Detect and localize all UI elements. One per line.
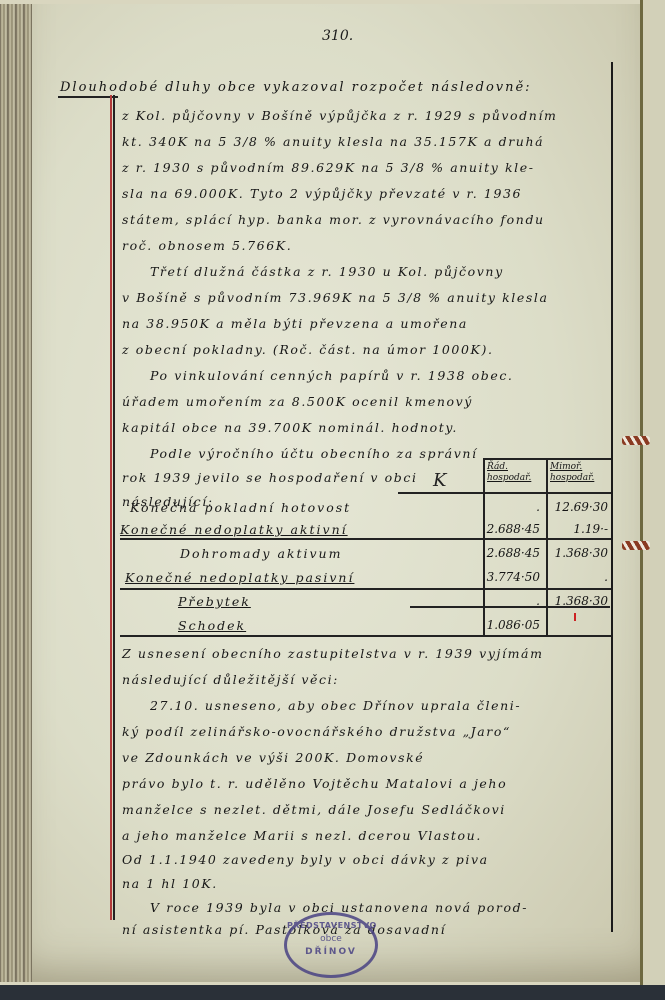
text-line: právo bylo t. r. udělěno Vojtěchu Matalo… [122, 776, 507, 791]
text-line: následující důležitější věci: [122, 672, 339, 687]
binding-thread-icon [622, 436, 650, 445]
text-line: na 38.950K a měla býti převzena a umořen… [122, 316, 468, 331]
text-line: na 1 hl 10K. [122, 876, 218, 891]
text-line: v Bošíně s původním 73.969K na 5 3/8 % a… [122, 290, 549, 305]
text-line: ký podíl zelinářsko-ovocnářského družstv… [122, 724, 511, 739]
municipal-stamp: PŘEDSTAVENSTVO obce DŘÍNOV [284, 912, 378, 978]
table-row-label: Dohromady aktivum [180, 546, 342, 561]
table-rule [120, 538, 611, 540]
table-cell: . [548, 570, 608, 584]
red-correction-mark [574, 613, 576, 621]
table-cell: 1.19·- [548, 522, 608, 536]
text-line: rok 1939 jevilo se hospodaření v obci [122, 470, 418, 485]
margin-rule-black [113, 95, 115, 920]
text-line: z Kol. půjčovny v Bošíně výpůjčka z r. 1… [122, 108, 558, 123]
page-edges [0, 4, 34, 982]
text-line: manželce s nezlet. dětmi, dále Josefu Se… [122, 802, 506, 817]
text-line: z r. 1930 s původním 89.629K na 5 3/8 % … [122, 160, 535, 175]
table-row-label: Konečná pokladní hotovost [130, 500, 351, 515]
table-row-label: Schodek [178, 618, 246, 633]
text-line: úřadem umořením za 8.500K ocenil kmenový [122, 394, 473, 409]
text-line: Z usnesení obecního zastupitelstva v r. … [122, 646, 544, 661]
table-cell: . [480, 594, 540, 608]
text-line: Třetí dlužná částka z r. 1930 u Kol. půj… [150, 264, 504, 279]
text-line: 27.10. usneseno, aby obec Dřínov uprala … [150, 698, 521, 713]
text-line: kapitál obce na 39.700K nominál. hodnoty… [122, 420, 458, 435]
table-cell: 1.368·30 [548, 594, 608, 608]
text-line: ní asistentka pí. Pastolková za dosavadn… [122, 922, 446, 937]
table-row-label: Konečné nedoplatky pasivní [125, 570, 354, 585]
section-heading: Dlouhodobé dluhy obce vykazoval rozpočet… [60, 80, 620, 95]
column-header-extraordinary: Mimoř. hospodař. [550, 462, 610, 484]
text-line: státem, splácí hyp. banka mor. z vyrovná… [122, 212, 545, 227]
open-ledger-book: 310. Dlouhodobé dluhy obce vykazoval roz… [0, 0, 665, 985]
stamp-middle-text: obce [287, 934, 375, 944]
binding-thread-icon [622, 541, 650, 550]
facing-page-edge [643, 0, 665, 985]
column-header-ordinary: Řád. hospodař. [487, 462, 543, 484]
currency-symbol: K [433, 470, 446, 491]
table-rule [398, 492, 611, 494]
table-cell: . [480, 500, 540, 514]
table-cell: 1.368·30 [548, 546, 608, 560]
table-row-label: Konečné nedoplatky aktivní [120, 522, 348, 537]
table-rule [120, 635, 611, 637]
table-cell: 2.688·45 [480, 522, 540, 536]
text-line: Od 1.1.1940 zavedeny byly v obci dávky z… [122, 852, 489, 867]
stamp-top-text: PŘEDSTAVENSTVO [287, 921, 375, 930]
text-line: roč. obnosem 5.766K. [122, 238, 292, 253]
text-line: kt. 340K na 5 3/8 % anuity klesla na 35.… [122, 134, 544, 149]
table-cell: 3.774·50 [480, 570, 540, 584]
table-rule [120, 588, 611, 590]
table-cell: 12.69·30 [548, 500, 608, 514]
text-line: a jeho manželce Marii s nezl. dcerou Vla… [122, 828, 482, 843]
text-line: z obecní pokladny. (Roč. část. na úmor 1… [122, 342, 494, 357]
text-line: sla na 69.000K. Tyto 2 výpůjčky převzaté… [122, 186, 522, 201]
table-cell: 2.688·45 [480, 546, 540, 560]
table-rule [483, 458, 611, 460]
page-number: 310. [322, 28, 353, 44]
heading-underline [58, 96, 118, 98]
text-line: ve Zdounkách ve výši 200K. Domovské [122, 750, 424, 765]
table-cell: 1.086·05 [480, 618, 540, 632]
stamp-bottom-text: DŘÍNOV [287, 947, 375, 957]
text-line: Po vinkulování cenných papírů v r. 1938 … [150, 368, 514, 383]
margin-rule-red [110, 95, 112, 920]
table-row-label: Přebytek [178, 594, 251, 609]
right-margin-rule [611, 62, 613, 932]
text-line: Podle výročního účtu obecního za správní [150, 446, 478, 461]
